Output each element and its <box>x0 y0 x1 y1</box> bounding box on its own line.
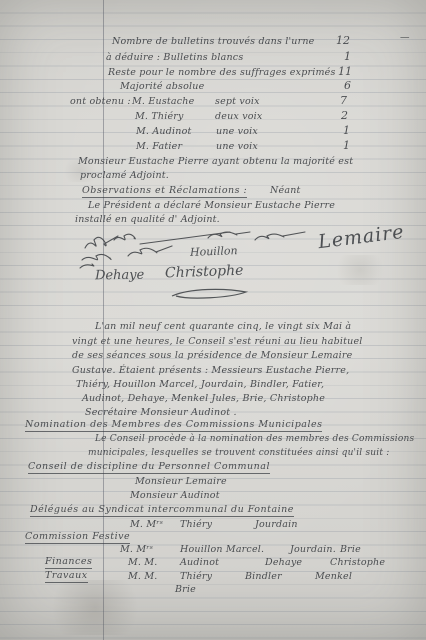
installation-line: installé en qualité d' Adjoint. <box>75 214 220 225</box>
candidate-name: M. Thiéry <box>135 111 184 122</box>
festive-prefix: M. Mʳˢ <box>120 544 153 555</box>
festive-member: Houillon Marcel. <box>180 544 264 555</box>
register-page: Nombre de bulletins trouvés dans l'urne … <box>0 0 426 640</box>
festive-member: Brie <box>340 544 361 555</box>
scrutin-row-value: 11 <box>338 65 352 78</box>
proclamation-line: proclamé Adjoint. <box>80 170 169 181</box>
seance-line: Audinot, Dehaye, Menkel Jules, Brie, Chr… <box>82 393 325 404</box>
travaux-member: Thiéry <box>180 571 212 582</box>
travaux-member: Brie <box>175 584 196 595</box>
candidate-name: M. Audinot <box>136 126 192 137</box>
seance-line: de ses séances sous la présidence de Mon… <box>72 350 352 361</box>
signature-dehaye: Dehaye <box>95 268 145 284</box>
scrutin-row-label: Nombre de bulletins trouvés dans l'urne <box>112 36 315 47</box>
finances-member: Dehaye <box>265 557 302 568</box>
proclamation-line: Monsieur Eustache Pierre ayant obtenu la… <box>78 156 353 167</box>
candidate-votes: une voix <box>216 141 258 152</box>
travaux-member: Bindler <box>245 571 282 582</box>
finances-prefix: M. M. <box>128 557 158 568</box>
candidate-name: M. Fatier <box>136 141 182 152</box>
signature-houillon: Houillon <box>190 244 238 259</box>
candidate-name: M. Eustache <box>132 96 194 107</box>
discipline-member: Monsieur Audinot <box>130 490 220 501</box>
signature-flourish <box>170 286 250 302</box>
candidate-votes: sept voix <box>215 96 260 107</box>
candidate-value: 1 <box>343 124 350 137</box>
finances-member: Audinot <box>180 557 219 568</box>
scrutin-row-label: Reste pour le nombre des suffrages expri… <box>108 67 336 78</box>
scrutin-row-value: 1 <box>344 50 351 63</box>
nomination-intro-line: Le Conseil procède à la nomination des m… <box>95 434 414 444</box>
scrutin-row-label: à déduire : Bulletins blancs <box>106 52 243 63</box>
candidate-value: 2 <box>341 109 348 122</box>
finances-member: Christophe <box>330 557 385 568</box>
seance-line: Gustave. Étaient présents : Messieurs Eu… <box>72 365 349 376</box>
scrutin-row-label: Majorité absolue <box>120 81 204 92</box>
seance-line: L'an mil neuf cent quarante cinq, le vin… <box>95 321 351 332</box>
candidate-value: 7 <box>340 94 347 107</box>
nomination-intro-line: municipales, lesquelles se trouvent cons… <box>88 448 389 458</box>
syndicat-prefix: M. Mʳˢ <box>130 519 163 530</box>
travaux-heading: Travaux <box>45 570 88 583</box>
finances-heading: Finances <box>45 556 92 569</box>
candidate-votes: une voix <box>216 126 258 137</box>
signature-christophe: Christophe <box>165 263 244 282</box>
syndicat-heading: Délégués au Syndicat intercommunal du Fo… <box>30 504 294 517</box>
travaux-member: Menkel <box>315 571 352 582</box>
festive-member: Jourdain. <box>290 544 336 555</box>
festive-heading: Commission Festive <box>25 531 130 544</box>
discipline-member: Monsieur Lemaire <box>135 476 227 487</box>
scrutin-row-value: 12 <box>336 34 350 47</box>
corner-dash: — <box>400 32 410 43</box>
discipline-heading: Conseil de discipline du Personnel Commu… <box>28 461 270 474</box>
seance-line: Thiéry, Houillon Marcel, Jourdain, Bindl… <box>76 379 324 390</box>
syndicat-member: Jourdain <box>255 519 298 530</box>
scrutin-mention: ont obtenu : <box>70 96 131 107</box>
syndicat-member: Thiéry <box>180 519 212 530</box>
observations-value: Néant <box>270 185 301 196</box>
seance-line: vingt et une heures, le Conseil s'est ré… <box>72 336 363 347</box>
candidate-value: 1 <box>343 139 350 152</box>
observations-heading: Observations et Réclamations : <box>82 185 247 198</box>
seance-secretary-line: Secrétaire Monsieur Audinot . <box>85 407 237 418</box>
candidate-votes: deux voix <box>215 111 262 122</box>
nomination-heading: Nomination des Membres des Commissions M… <box>25 419 322 432</box>
travaux-prefix: M. M. <box>128 571 158 582</box>
scrutin-row-value: 6 <box>344 79 351 92</box>
installation-line: Le Président a déclaré Monsieur Eustache… <box>88 200 335 211</box>
